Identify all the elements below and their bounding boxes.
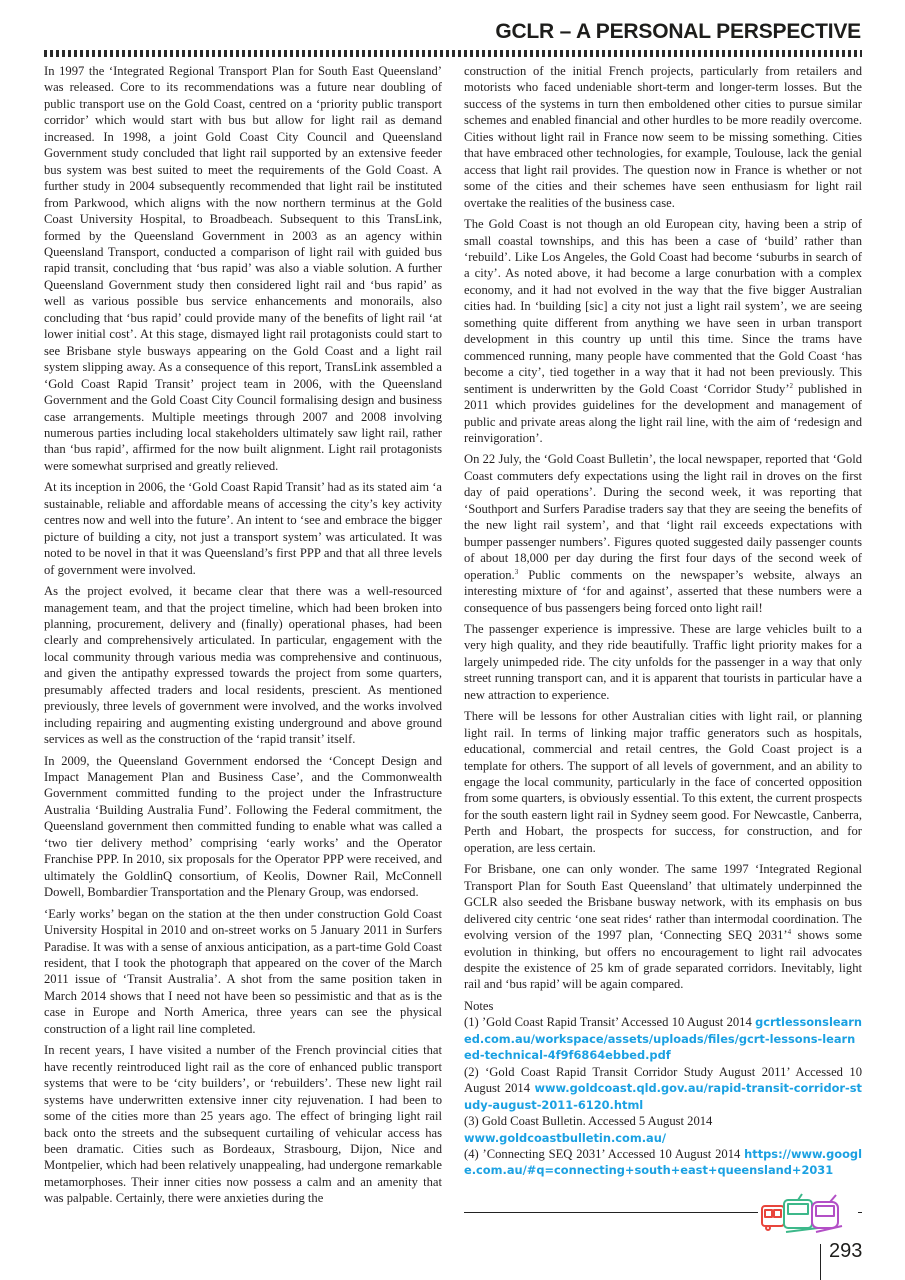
header-dashed-rule bbox=[44, 50, 862, 57]
note-text: (3) Gold Coast Bulletin. Accessed 5 Augu… bbox=[464, 1114, 712, 1128]
right-column: construction of the initial French proje… bbox=[464, 63, 862, 1179]
paragraph: There will be lessons for other Australi… bbox=[464, 708, 862, 856]
page-number-divider bbox=[820, 1244, 821, 1280]
paragraph: On 22 July, the ‘Gold Coast Bulletin’, t… bbox=[464, 451, 862, 616]
note-text: (4) ’Connecting SEQ 2031’ Accessed 10 Au… bbox=[464, 1147, 744, 1161]
paragraph: At its inception in 2006, the ‘Gold Coas… bbox=[44, 479, 442, 578]
paragraph: In 1997 the ‘Integrated Regional Transpo… bbox=[44, 63, 442, 474]
note-link[interactable]: www.goldcoastbulletin.com.au/ bbox=[464, 1131, 666, 1145]
paragraph-text: On 22 July, the ‘Gold Coast Bulletin’, t… bbox=[464, 452, 862, 581]
paragraph: In recent years, I have visited a number… bbox=[44, 1042, 442, 1207]
paragraph: The Gold Coast is not though an old Euro… bbox=[464, 216, 862, 446]
left-column: In 1997 the ‘Integrated Regional Transpo… bbox=[44, 63, 442, 1212]
paragraph: The passenger experience is impressive. … bbox=[464, 621, 862, 703]
paragraph: As the project evolved, it became clear … bbox=[44, 583, 442, 748]
paragraph-text: The Gold Coast is not though an old Euro… bbox=[464, 217, 862, 396]
notes-heading: Notes bbox=[464, 998, 862, 1014]
note-text: (1) ’Gold Coast Rapid Transit’ Accessed … bbox=[464, 1015, 755, 1029]
paragraph: In 2009, the Queensland Government endor… bbox=[44, 753, 442, 901]
paragraph: ‘Early works’ began on the station at th… bbox=[44, 906, 442, 1038]
paragraph-text: Public comments on the newspaper’s websi… bbox=[464, 568, 862, 615]
note-item: (3) Gold Coast Bulletin. Accessed 5 Augu… bbox=[464, 1113, 862, 1146]
note-item: (1) ’Gold Coast Rapid Transit’ Accessed … bbox=[464, 1014, 862, 1063]
page-number: 293 bbox=[829, 1240, 862, 1263]
notes-section: Notes (1) ’Gold Coast Rapid Transit’ Acc… bbox=[464, 998, 862, 1179]
note-item: (2) ‘Gold Coast Rapid Transit Corridor S… bbox=[464, 1064, 862, 1113]
paragraph: For Brisbane, one can only wonder. The s… bbox=[464, 861, 862, 993]
vehicles-illustration-icon bbox=[758, 1192, 858, 1236]
transport-vehicles-icon bbox=[758, 1192, 858, 1236]
note-item: (4) ’Connecting SEQ 2031’ Accessed 10 Au… bbox=[464, 1146, 862, 1179]
paragraph: construction of the initial French proje… bbox=[464, 63, 862, 211]
page-header-title: GCLR – A PERSONAL PERSPECTIVE bbox=[495, 20, 861, 44]
